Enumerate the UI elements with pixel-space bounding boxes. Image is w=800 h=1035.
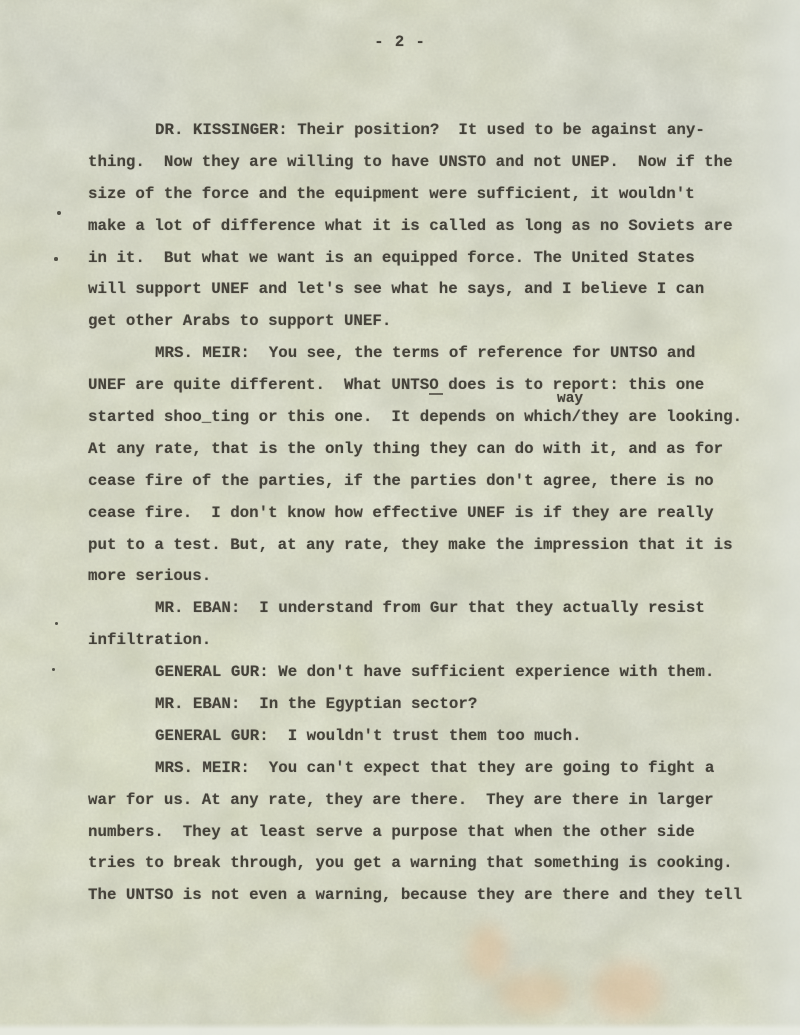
- text-line: MRS. MEIR: You can't expect that they ar…: [88, 759, 778, 791]
- text-line: war for us. At any rate, they are there.…: [88, 791, 778, 823]
- page-number: - 2 -: [0, 33, 800, 51]
- text-line: thing. Now they are willing to have UNST…: [88, 153, 778, 185]
- margin-dot-mark: [52, 668, 55, 671]
- margin-dot-mark: [54, 257, 58, 261]
- text-line: in it. But what we want is an equipped f…: [88, 249, 778, 281]
- text-line: cease fire. I don't know how effective U…: [88, 504, 778, 536]
- text-line: started shoo_ting or this one. It depend…: [88, 408, 778, 440]
- text-line: At any rate, that is the only thing they…: [88, 440, 778, 472]
- paper-smudge: [468, 925, 508, 980]
- scanned-page: - 2 - way DR. KISSINGER: Their position?…: [0, 0, 800, 1035]
- text-line: put to a test. But, at any rate, they ma…: [88, 536, 778, 568]
- untso-underline-mark: [429, 393, 443, 395]
- margin-dot-mark: [57, 211, 61, 215]
- text-line: MRS. MEIR: You see, the terms of referen…: [88, 344, 778, 376]
- text-line: MR. EBAN: I understand from Gur that the…: [88, 599, 778, 631]
- text-line: will support UNEF and let's see what he …: [88, 280, 778, 312]
- text-line: make a lot of difference what it is call…: [88, 217, 778, 249]
- text-line: MR. EBAN: In the Egyptian sector?: [88, 695, 778, 727]
- text-line: more serious.: [88, 567, 778, 599]
- text-line: size of the force and the equipment were…: [88, 185, 778, 217]
- transcript-text: way DR. KISSINGER: Their position? It us…: [88, 121, 778, 918]
- margin-dot-mark: [55, 622, 58, 625]
- text-line: get other Arabs to support UNEF.: [88, 312, 778, 344]
- text-line: cease fire of the parties, if the partie…: [88, 472, 778, 504]
- inline-correction-way: way: [557, 391, 583, 407]
- scan-edge-bottom-strip: [0, 1023, 800, 1035]
- text-line: infiltration.: [88, 631, 778, 663]
- text-line: GENERAL GUR: I wouldn't trust them too m…: [88, 727, 778, 759]
- text-line: GENERAL GUR: We don't have sufficient ex…: [88, 663, 778, 695]
- text-line: tries to break through, you get a warnin…: [88, 854, 778, 886]
- paper-smudge: [498, 972, 570, 1014]
- text-line: The UNTSO is not even a warning, because…: [88, 886, 778, 918]
- text-line: DR. KISSINGER: Their position? It used t…: [88, 121, 778, 153]
- paper-smudge: [592, 962, 662, 1020]
- text-line: numbers. They at least serve a purpose t…: [88, 823, 778, 855]
